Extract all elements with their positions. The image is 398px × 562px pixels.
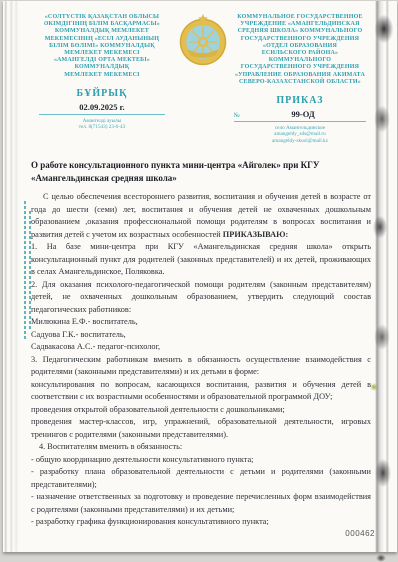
- org-line: СРЕДНЯЯ ШКОЛА» КОММУНАЛЬНОГО: [231, 28, 369, 35]
- document-body: С целью обеспечения всестороннего развит…: [31, 191, 371, 529]
- order-verb: ПРИКАЗЫВАЮ:: [223, 230, 288, 239]
- place-line: amangeldy-skool@mail.kz: [231, 138, 369, 144]
- order-word-kazakh: БҰЙРЫҚ: [29, 88, 175, 99]
- staff-list-item: Садуова Г.К.- воспитатель,: [31, 329, 371, 342]
- form-list-item: проведения мастер-классов, игр, упражнен…: [31, 416, 371, 441]
- org-line: БІЛІМ БӨЛІМІ» КОММУНАЛДЫҚ: [29, 43, 175, 50]
- org-line: УЧРЕЖДЕНИЕ «АМАНГЕЛЬДИНСКАЯ: [231, 21, 369, 28]
- staff-list-item: Садвакасова А.С.- педагог-психолог,: [31, 341, 371, 354]
- document-title: О работе консультационного пункта мини-ц…: [31, 159, 369, 184]
- form-list-item: консультирования по вопросам, касающихся…: [31, 379, 371, 404]
- duty-list-item: - разработку плана образовательной деяте…: [31, 466, 371, 491]
- paragraph-item-2: 2. Для оказания психолого-педагогической…: [31, 279, 371, 317]
- order-block-russian: ПРИКАЗ № 99-ОД село Амангельдинское aman…: [231, 95, 369, 144]
- place-line: тел. 8(71543) 23-6-43: [29, 124, 175, 130]
- margin-note-line: [29, 211, 31, 331]
- scan-artifact-corner-mark: [376, 554, 386, 562]
- paper-sheet: «СОЛТҮСТІК ҚАЗАҚСТАН ОБЛЫСЫ ӘКІМДІГІНІҢ …: [3, 1, 397, 552]
- scan-artifact-binding-strip: [367, 1, 397, 552]
- paragraph-item-1: 1. На базе мини-центра при КГУ «Амангель…: [31, 241, 371, 279]
- org-line: ӘКІМДІГІНІҢ БІЛІМ БАСҚАРМАСЫ»: [29, 21, 175, 28]
- org-line: ГОСУДАРСТВЕННОГО УЧРЕЖДЕНИЯ: [231, 64, 369, 71]
- order-block-kazakh: БҰЙРЫҚ 02.09.2025 г. Амангелді ауылы тел…: [29, 88, 175, 131]
- contact-info-russian: село Амангельдинское amangeldy_sds@mail.…: [231, 125, 369, 144]
- scanned-order-page: «СОЛТҮСТІК ҚАЗАҚСТАН ОБЛЫСЫ ӘКІМДІГІНІҢ …: [0, 0, 398, 562]
- duty-list-item: - общую координацию деятельности консуль…: [31, 454, 371, 467]
- org-line: КОММУНАЛДЫҚ МЕМЛЕКЕТ: [29, 28, 175, 35]
- paragraph-item-3: 3. Педагогическим работникам вменить в о…: [31, 354, 371, 379]
- org-line: СЕВЕРО-КАЗАХСТАНСКОЙ ОБЛАСТИ»: [231, 79, 369, 86]
- contact-info-kazakh: Амангелді ауылы тел. 8(71543) 23-6-43: [29, 118, 175, 131]
- duty-list-item: - разработку графика функционирования ко…: [31, 516, 371, 529]
- org-line: МЕМЛЕКЕТ МЕКЕМЕСІ: [29, 50, 175, 57]
- org-name-kazakh: «СОЛТҮСТІК ҚАЗАҚСТАН ОБЛЫСЫ ӘКІМДІГІНІҢ …: [29, 14, 175, 144]
- paragraph-purpose: С целью обеспечения всестороннего развит…: [31, 191, 371, 241]
- order-word-russian: ПРИКАЗ: [231, 95, 369, 106]
- org-line: МЕМЛЕКЕТ МЕКЕМЕСІ: [29, 72, 175, 79]
- letterhead: «СОЛТҮСТІК ҚАЗАҚСТАН ОБЛЫСЫ ӘКІМДІГІНІҢ …: [3, 1, 397, 144]
- org-line: ЕСИЛЬСКОГО РАЙОНА» КОММУНАЛЬНОГО: [231, 50, 369, 64]
- scan-artifact-left-streaks: [5, 1, 23, 552]
- org-name-russian: КОММУНАЛЬНОЕ ГОСУДАРСТВЕННОЕ УЧРЕЖДЕНИЕ …: [231, 14, 369, 144]
- org-line: «АМАНГЕЛДІ ОРТА МЕКТЕБІ»: [29, 57, 175, 64]
- duty-list-item: - назначение ответственных за подготовку…: [31, 491, 371, 516]
- margin-note-line: [24, 201, 26, 341]
- kazakhstan-emblem-icon: [175, 12, 231, 70]
- org-line: «УПРАВЛЕНИЕ ОБРАЗОВАНИЯ АКИМАТА: [231, 72, 369, 79]
- order-date: 02.09.2025 г.: [39, 102, 164, 115]
- org-line: «СОЛТҮСТІК ҚАЗАҚСТАН ОБЛЫСЫ: [29, 14, 175, 21]
- org-line: ГОСУДАРСТВЕННОГО УЧРЕЖДЕНИЯ: [231, 36, 369, 43]
- margin-registration-note: [24, 196, 33, 346]
- org-line: «ОТДЕЛ ОБРАЗОВАНИЯ: [231, 43, 369, 50]
- order-number: 99-ОД: [240, 109, 366, 119]
- org-line: МЕКЕМЕСІНІҢ «ЕСІЛ АУДАНЫНЫҢ: [29, 36, 175, 43]
- staff-list-item: Милюкина Е.Ф.- воспитатель,: [31, 316, 371, 329]
- paragraph-item-4: 4. Воспитателям вменить в обязанность:: [31, 441, 371, 454]
- org-line: КОММУНАЛЬНОЕ ГОСУДАРСТВЕННОЕ: [231, 14, 369, 21]
- order-number-row: № 99-ОД: [234, 109, 367, 122]
- org-line: КОММУНАЛДЫҚ: [29, 64, 175, 71]
- form-list-item: проведения открытой образовательной деят…: [31, 404, 371, 417]
- paragraph-purpose-text: С целью обеспечения всестороннего развит…: [31, 192, 371, 239]
